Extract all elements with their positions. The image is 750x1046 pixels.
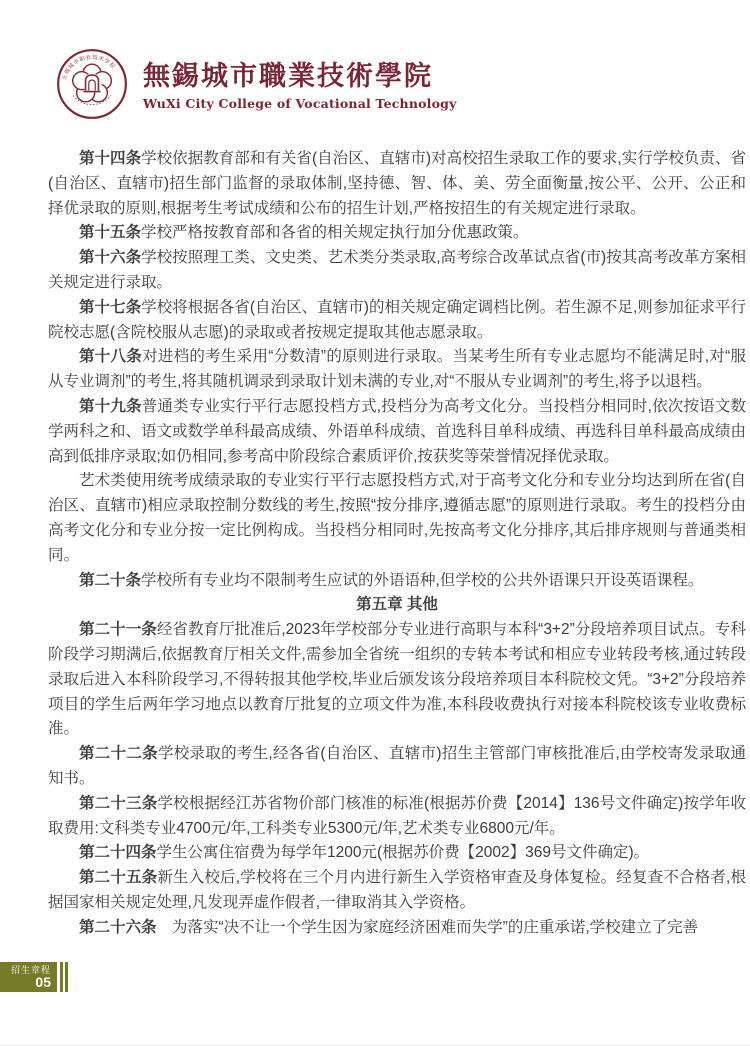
article-19-number: 第十九条 [79, 398, 142, 415]
document-page: 无锡城市职业技术学院 無錫城市職業技術學院 [0, 0, 750, 1046]
article-14: 第十四条学校依据教育部和有关省(自治区、直辖市)对高校招生录取工作的要求,实行学… [48, 147, 746, 221]
article-26-number: 第二十六条 [79, 919, 157, 936]
article-20-number: 第二十条 [79, 572, 141, 589]
article-14-number: 第十四条 [79, 150, 141, 167]
article-18: 第十八条对进档的考生采用“分数清”的原则进行录取。当某考生所有专业志愿均不能满足… [48, 345, 746, 395]
footer-tab-stripe [60, 962, 63, 992]
article-19: 第十九条普通类专业实行平行志愿投档方式,投档分为高考文化分。当投档分相同时,依次… [48, 395, 746, 469]
article-17-number: 第十七条 [79, 299, 141, 316]
article-16: 第十六条学校按照理工类、文史类、艺术类分类录取,高考综合改革试点省(市)按其高考… [48, 246, 746, 296]
article-26-text: 为落实“决不让一个学生因为家庭经济困难而失学”的庄重承诺,学校建立了完善 [157, 919, 699, 936]
article-25: 第二十五条新生入校后,学校将在三个月内进行新生入学资格审查及身体复检。经复查不合… [48, 866, 746, 916]
school-seal-icon: 无锡城市职业技术学院 [56, 48, 128, 120]
article-20: 第二十条学校所有专业均不限制考生应试的外语语种,但学校的公共外语课只开设英语课程… [48, 569, 746, 594]
article-21-number: 第二十一条 [79, 621, 157, 638]
article-17: 第十七条学校将根据各省(自治区、直辖市)的相关规定确定调档比例。若生源不足,则参… [48, 296, 746, 346]
article-21: 第二十一条经省教育厅批准后,2023年学校部分专业进行高职与本科“3+2”分段培… [48, 618, 746, 742]
article-15-number: 第十五条 [79, 224, 141, 241]
school-name-chinese: 無錫城市職業技術學院 [143, 61, 457, 92]
article-17-text: 学校将根据各省(自治区、直辖市)的相关规定确定调档比例。若生源不足,则参加征求平… [48, 299, 746, 341]
article-23: 第二十三条学校根据经江苏省物价部门核准的标准(根据苏价费【2014】136号文件… [48, 792, 746, 842]
article-15-text: 学校严格按教育部和各省的相关规定执行加分优惠政策。 [141, 224, 529, 241]
article-23-number: 第二十三条 [79, 795, 157, 812]
school-titles: 無錫城市職業技術學院 WuXi City College of Vocation… [143, 57, 457, 110]
seal-svg: 无锡城市职业技术学院 [56, 48, 128, 120]
article-19-text: 普通类专业实行平行志愿投档方式,投档分为高考文化分。当投档分相同时,依次按语文数… [48, 398, 746, 465]
school-name-english: WuXi City College of Vocational Technolo… [143, 96, 457, 111]
article-26: 第二十六条 为落实“决不让一个学生因为家庭经济困难而失学”的庄重承诺,学校建立了… [48, 916, 746, 941]
footer-tab-stripe [65, 962, 68, 992]
article-22: 第二十二条学校录取的考生,经各省(自治区、直辖市)招生主管部门审核批准后,由学校… [48, 742, 746, 792]
article-21-text: 经省教育厅批准后,2023年学校部分专业进行高职与本科“3+2”分段培养项目试点… [48, 621, 746, 737]
article-25-number: 第二十五条 [79, 869, 157, 886]
article-16-number: 第十六条 [79, 249, 141, 266]
article-16-text: 学校按照理工类、文史类、艺术类分类录取,高考综合改革试点省(市)按其高考改革方案… [48, 249, 746, 291]
article-15: 第十五条学校严格按教育部和各省的相关规定执行加分优惠政策。 [48, 221, 746, 246]
page-footer-tab: 招生章程 05 [0, 962, 57, 992]
article-18-number: 第十八条 [79, 348, 142, 365]
article-18-text: 对进档的考生采用“分数清”的原则进行录取。当某考生所有专业志愿均不能满足时,对“… [48, 348, 746, 390]
article-24-number: 第二十四条 [79, 844, 157, 861]
article-19b-text: 艺术类使用统考成绩录取的专业实行平行志愿投档方式,对于高考文化分和专业分均达到所… [48, 472, 746, 563]
chapter-5-heading: 第五章 其他 [48, 593, 746, 618]
page-number: 05 [0, 975, 51, 990]
document-header: 无锡城市职业技术学院 無錫城市職業技術學院 [56, 48, 457, 120]
article-14-text: 学校依据教育部和有关省(自治区、直辖市)对高校招生录取工作的要求,实行学校负责、… [48, 150, 746, 217]
article-24-text: 学生公寓住宿费为每学年1200元(根据苏价费【2002】369号文件确定)。 [157, 844, 650, 861]
plum-blossom-shape [73, 64, 112, 102]
article-19-art-clause: 艺术类使用统考成绩录取的专业实行平行志愿投档方式,对于高考文化分和专业分均达到所… [48, 469, 746, 568]
article-22-number: 第二十二条 [79, 745, 158, 762]
article-24: 第二十四条学生公寓住宿费为每学年1200元(根据苏价费【2002】369号文件确… [48, 841, 746, 866]
article-20-text: 学校所有专业均不限制考生应试的外语语种,但学校的公共外语课只开设英语课程。 [141, 572, 703, 589]
charter-body: 第十四条学校依据教育部和有关省(自治区、直辖市)对高校招生录取工作的要求,实行学… [48, 147, 746, 941]
